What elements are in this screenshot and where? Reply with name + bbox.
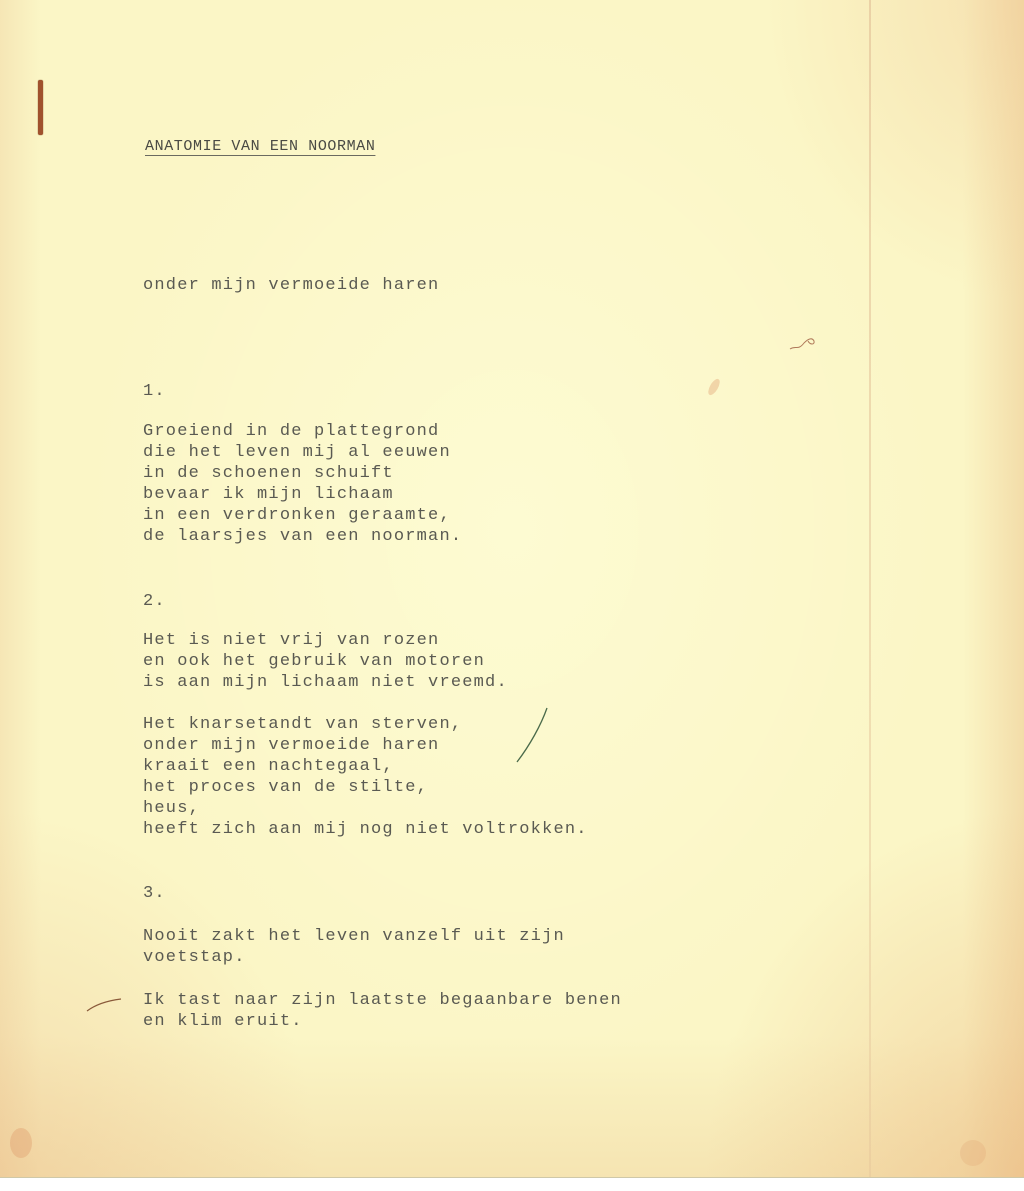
poem-line: die het leven mij al eeuwen — [143, 443, 451, 463]
poem-line: Het is niet vrij van rozen — [143, 631, 439, 651]
poem-line: heeft zich aan mij nog niet voltrokken. — [143, 820, 588, 840]
poem-line: is aan mijn lichaam niet vreemd. — [143, 673, 508, 693]
poem-line: de laarsjes van een noorman. — [143, 527, 462, 547]
poem-line: bevaar ik mijn lichaam — [143, 485, 394, 505]
poem-line: Ik tast naar zijn laatste begaanbare ben… — [143, 991, 622, 1011]
poem-line: Nooit zakt het leven vanzelf uit zijn — [143, 927, 565, 947]
poem-line: heus, — [143, 799, 200, 819]
section-number: 2. — [143, 592, 166, 611]
poem-line: en klim eruit. — [143, 1012, 303, 1032]
poem-line: en ook het gebruik van motoren — [143, 652, 485, 672]
poem-line: in een verdronken geraamte, — [143, 506, 451, 526]
epigraph: onder mijn vermoeide haren — [143, 276, 439, 296]
poem-line: voetstap. — [143, 948, 246, 968]
poem-line: Het knarsetandt van sterven, — [143, 715, 462, 735]
document-title: ANATOMIE VAN EEN NOORMAN — [145, 138, 375, 155]
poem-line: onder mijn vermoeide haren — [143, 736, 439, 756]
poem-line: het proces van de stilte, — [143, 778, 428, 798]
poem-line: kraait een nachtegaal, — [143, 757, 394, 777]
poem-line: Groeiend in de plattegrond — [143, 422, 439, 442]
section-number: 1. — [143, 382, 166, 401]
poem-line: in de schoenen schuift — [143, 464, 394, 484]
typed-document: ANATOMIE VAN EEN NOORMAN onder mijn verm… — [0, 0, 1024, 1177]
section-number: 3. — [143, 884, 166, 903]
